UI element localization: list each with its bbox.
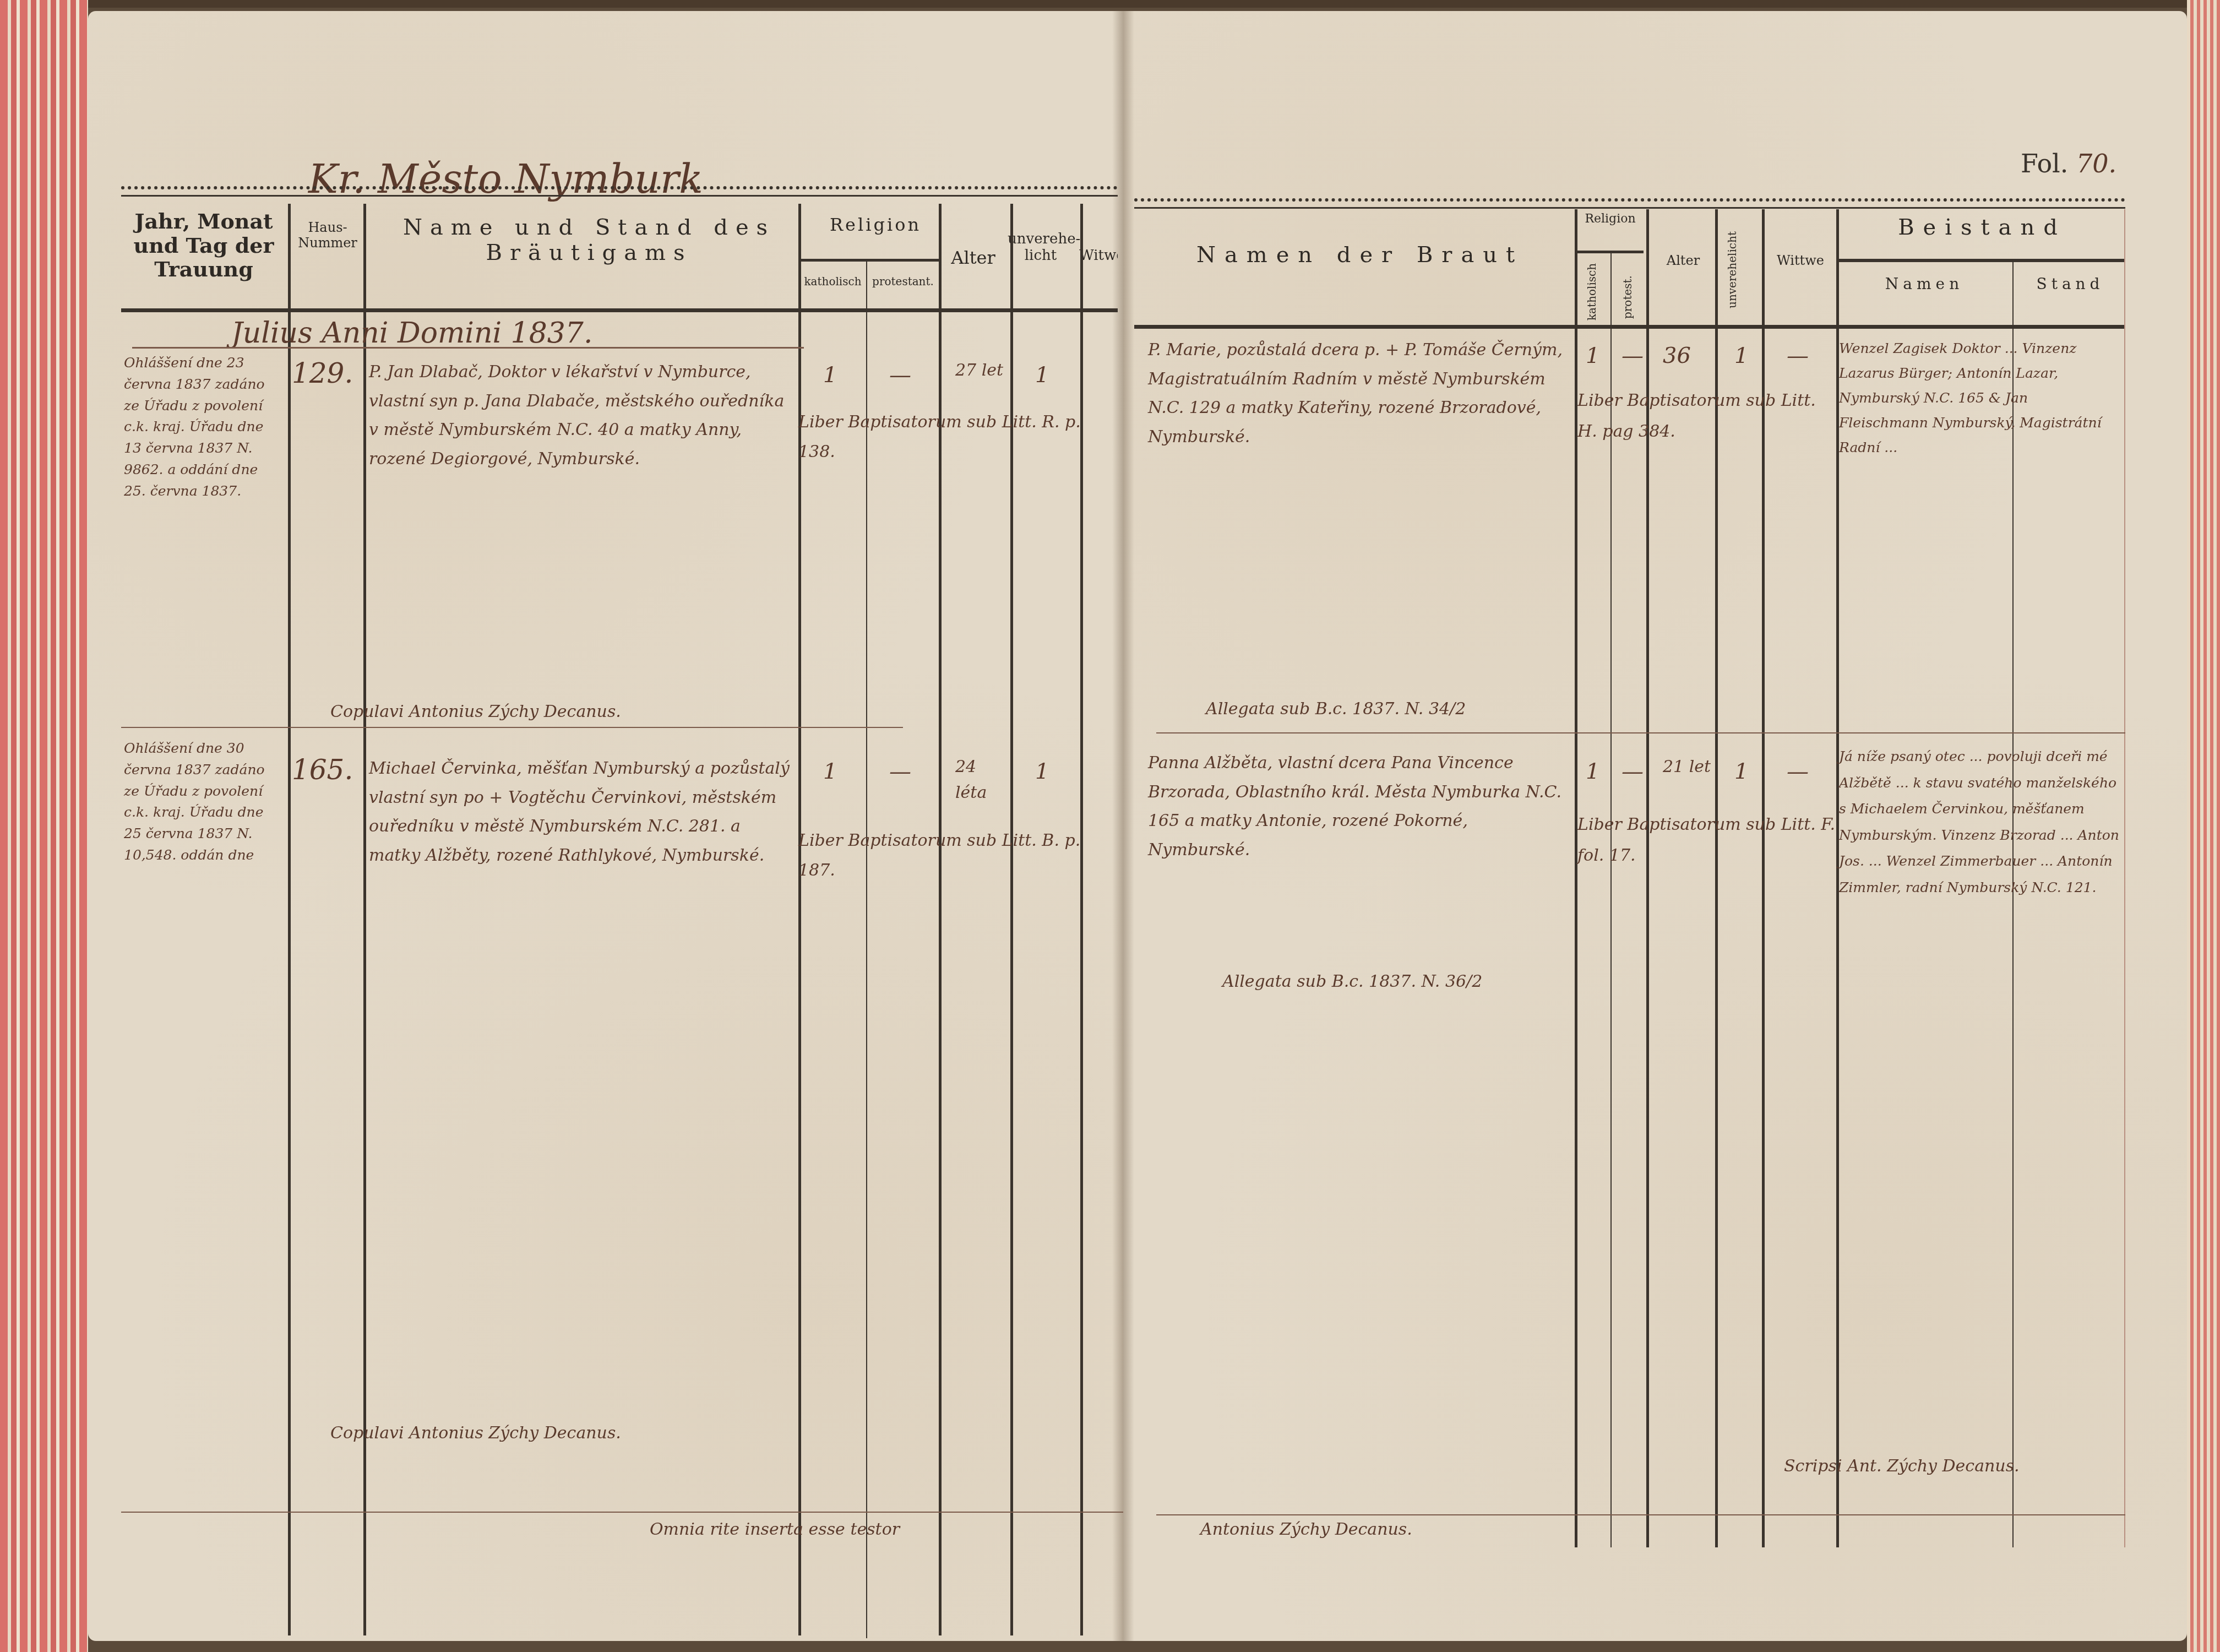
bride2-catholic: 1 bbox=[1586, 754, 1599, 789]
entry2-baptism-ref: Liber Baptisatorum sub Litt. B. p. 187. bbox=[798, 826, 1107, 885]
bride2-unmarried: 1 bbox=[1734, 754, 1748, 789]
witness-subrule bbox=[1839, 259, 2125, 262]
right-footer-note: Antonius Zýchy Decanus. bbox=[1200, 1517, 1412, 1543]
entry2-officiant: Copulavi Antonius Zýchy Decanus. bbox=[330, 1421, 621, 1447]
religion-subrule-left bbox=[801, 259, 939, 262]
bride1-age: 36 bbox=[1663, 339, 1691, 373]
col-line bbox=[288, 204, 291, 1635]
entry1-protestant: — bbox=[889, 358, 911, 392]
header-house-no: Haus-Nummer bbox=[292, 220, 363, 251]
bride1-allegata: Allegata sub B.c. 1837. N. 34/2 bbox=[1206, 697, 1466, 722]
header-age: Alter bbox=[942, 248, 1005, 268]
entry2-groom: Michael Červinka, měšťan Nymburský a poz… bbox=[369, 754, 793, 870]
entry1-officiant: Copulavi Antonius Zýchy Decanus. bbox=[330, 699, 621, 725]
bride1-protestant: — bbox=[1622, 339, 1644, 373]
header-bride-catholic: katholisch bbox=[1586, 259, 1598, 325]
bride1-catholic: 1 bbox=[1586, 339, 1599, 373]
header-religion: Religion bbox=[809, 215, 942, 235]
header-groom: Name und Stand des Bräutigams bbox=[374, 215, 804, 265]
bride2-text: Panna Alžběta, vlastní dcera Pana Vincen… bbox=[1148, 749, 1572, 865]
entry1-catholic: 1 bbox=[823, 358, 837, 392]
page-edges-right bbox=[2187, 0, 2220, 1652]
page-edges-left bbox=[0, 0, 88, 1652]
header-bride-age: Alter bbox=[1658, 253, 1708, 269]
entry-divider bbox=[121, 727, 903, 728]
footer-rule-right bbox=[1156, 1514, 2125, 1515]
month-underline bbox=[132, 347, 804, 349]
header-protestant: protestant. bbox=[867, 275, 939, 288]
header-bride: Namen der Braut bbox=[1145, 242, 1575, 268]
header-bride-protestant: protest. bbox=[1622, 270, 1634, 325]
header-bride-religion: Religion bbox=[1576, 212, 1645, 226]
entry2-date-note: Ohláššení dne 30 června 1837 zadáno ze Ú… bbox=[124, 738, 284, 866]
col-line bbox=[866, 262, 867, 1638]
footer-rule-left bbox=[121, 1512, 1123, 1513]
bride2-baptism-ref: Liber Baptisatorum sub Litt. F. fol. 17. bbox=[1577, 809, 1836, 871]
folio-number: 70. bbox=[2076, 149, 2116, 178]
entry2-protestant: — bbox=[889, 754, 911, 789]
page-margin-line bbox=[2124, 209, 2125, 1547]
entry1-date-note: Ohláššení dne 23 června 1837 zadáno ze Ú… bbox=[124, 352, 284, 502]
header-witnesses: Beistand bbox=[1839, 215, 2125, 240]
chain-rule-left bbox=[121, 186, 1118, 197]
place-heading: Kr. Město Nymburk bbox=[308, 149, 703, 210]
header-witness-status: Stand bbox=[2015, 275, 2125, 293]
entry1-house-no: 129. bbox=[292, 352, 353, 395]
entry1-age: 27 let bbox=[955, 358, 1005, 384]
bride2-protestant: — bbox=[1622, 754, 1644, 789]
witnesses1: Wenzel Zagisek Doktor ... Vinzenz Lazaru… bbox=[1839, 336, 2120, 460]
header-date: Jahr, Monat und Tag der Trauung bbox=[121, 209, 286, 281]
bride1-text: P. Marie, pozůstalá dcera p. + P. Tomáše… bbox=[1148, 336, 1572, 452]
bride2-allegata: Allegata sub B.c. 1837. N. 36/2 bbox=[1222, 969, 1482, 995]
col-line bbox=[1610, 253, 1612, 1547]
header-catholic: katholisch bbox=[801, 275, 864, 288]
witness-signature: Scripsi Ant. Zýchy Decanus. bbox=[1784, 1454, 2020, 1480]
chain-rule-right bbox=[1134, 198, 2125, 209]
month-heading: Julius Anni Domini 1837. bbox=[231, 311, 592, 356]
bride2-age: 21 let bbox=[1663, 754, 1712, 780]
entry1-unmarried: 1 bbox=[1035, 358, 1049, 392]
header-widow: Wittwe bbox=[1767, 253, 1833, 269]
bride1-baptism-ref: Liber Baptisatorum sub Litt. H. pag 384. bbox=[1577, 385, 1836, 447]
entry2-unmarried: 1 bbox=[1035, 754, 1049, 789]
header-witness-name: Namen bbox=[1839, 275, 2010, 293]
entry1-baptism-ref: Liber Baptisatorum sub Litt. R. p. 138. bbox=[798, 407, 1107, 467]
header-rule-right bbox=[1134, 325, 2125, 329]
entry2-age: 24 léta bbox=[955, 754, 1005, 806]
bride1-unmarried: 1 bbox=[1734, 339, 1748, 373]
header-bride-unmarried: unverehelicht bbox=[1726, 215, 1739, 325]
left-footer-note: Omnia rite inserta esse testor bbox=[650, 1517, 900, 1543]
entry2-house-no: 165. bbox=[292, 749, 353, 792]
bride1-widow: — bbox=[1787, 339, 1809, 373]
entry-divider-right bbox=[1156, 732, 2125, 733]
header-widower: Witwer bbox=[1079, 248, 1118, 264]
entry1-groom: P. Jan Dlabač, Doktor v lékařství v Nymb… bbox=[369, 358, 793, 474]
folio-label: Fol. 70. bbox=[2021, 149, 2116, 178]
witnesses2: Já níže psaný otec ... povoluji dceři mé… bbox=[1839, 743, 2120, 900]
header-unmarried: unverehe-licht bbox=[1008, 231, 1074, 264]
bride2-widow: — bbox=[1787, 754, 1809, 789]
entry2-catholic: 1 bbox=[823, 754, 837, 789]
book-cover-top bbox=[0, 0, 2220, 8]
